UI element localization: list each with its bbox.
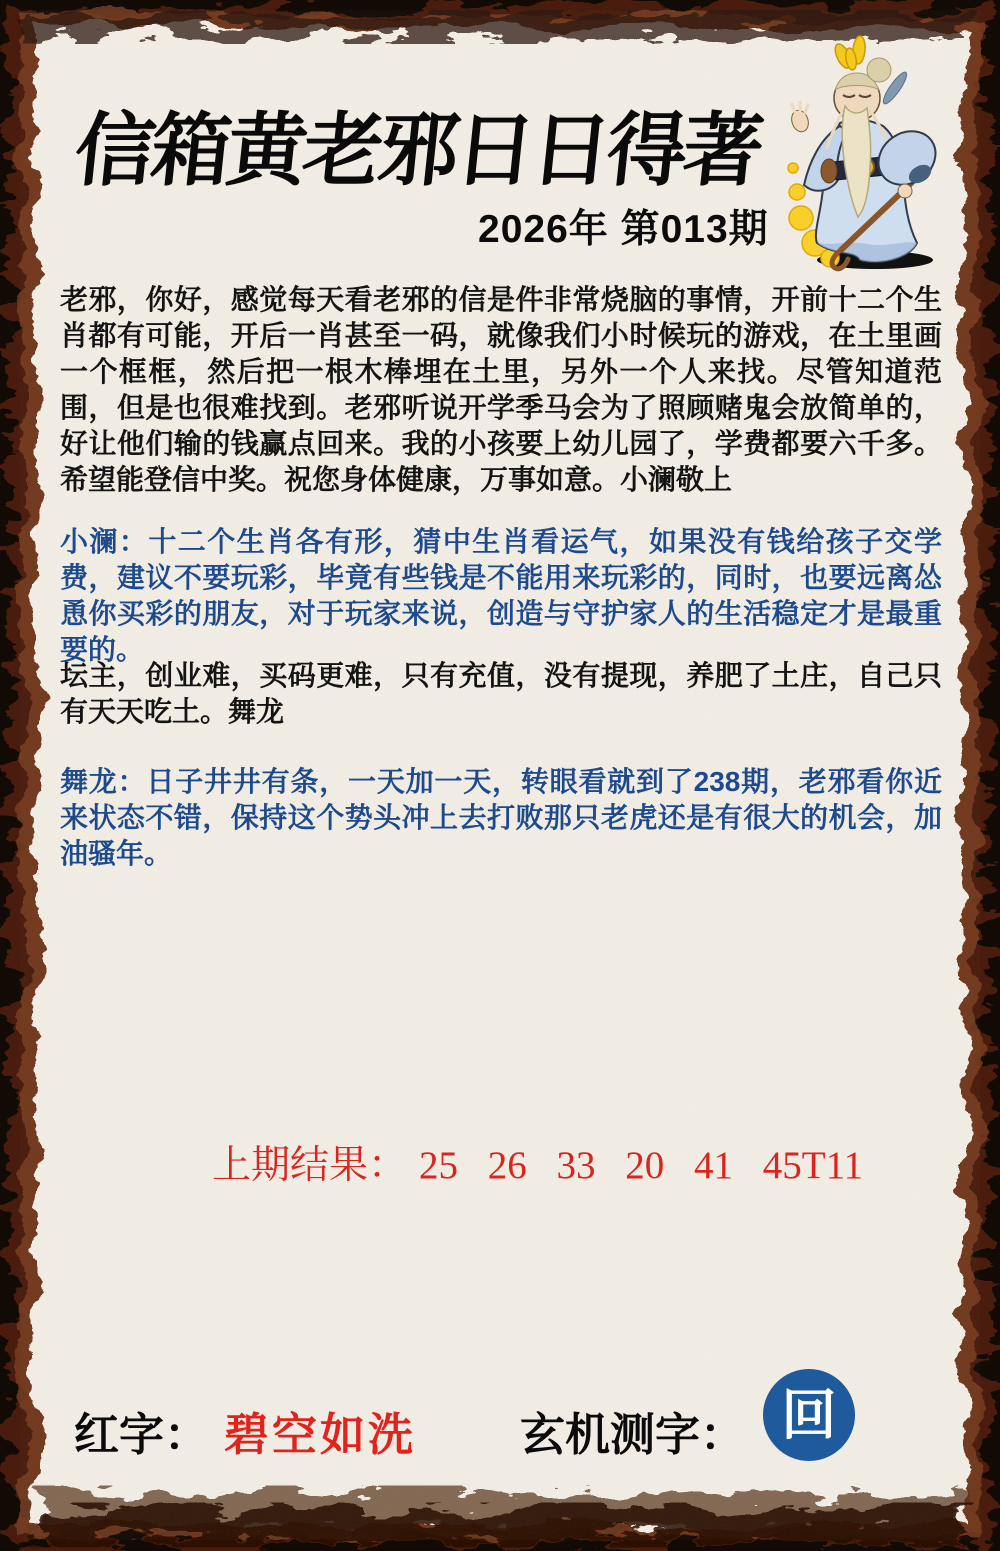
reply-xiaolan: 小澜：十二个生肖各有形，猜中生肖看运气，如果没有钱给孩子交学费，建议不要玩彩，毕…: [60, 524, 942, 668]
mystic-word-label: 玄机测字：: [520, 1398, 745, 1463]
wizard-mascot-illustration: [755, 28, 995, 278]
fingers: [792, 102, 808, 113]
previous-result-numbers: 25 26 33 20 41 45T11: [419, 1144, 863, 1187]
right-hand: [898, 184, 912, 198]
reply-wulong: 舞龙：日子井井有条，一天加一天，转眼看就到了238期，老邪看你近来状态不错，保持…: [60, 764, 942, 872]
issue-number: 2026年 第013期: [478, 198, 769, 254]
previous-result-line: 上期结果：25 26 33 20 41 45T11: [212, 1134, 863, 1190]
letter-tanzhu: 坛主，创业难，买码更难，只有充值，没有提现，养肥了土庄，自己只有天天吃土。舞龙: [60, 658, 942, 730]
mystic-char-badge: 回: [763, 1369, 855, 1461]
page-title: 信箱黄老邪日日得著: [70, 86, 766, 201]
red-word-value: 碧空如洗: [224, 1398, 416, 1463]
flyer-page: 信箱黄老邪日日得著 2026年 第013期: [0, 0, 1000, 1551]
pouch: [821, 159, 837, 183]
mystic-char: 回: [781, 1388, 836, 1443]
previous-result-label: 上期结果：: [212, 1144, 407, 1187]
reader-letter: 老邪，你好，感觉每天看老邪的信是件非常烧脑的事情，开前十二个生肖都有可能，开后一…: [60, 282, 942, 498]
hair-bun: [867, 58, 891, 82]
paper-content: 信箱黄老邪日日得著 2026年 第013期: [0, 0, 1000, 1551]
hair-leaves: [832, 36, 866, 71]
red-word-label: 红字：: [74, 1398, 209, 1463]
